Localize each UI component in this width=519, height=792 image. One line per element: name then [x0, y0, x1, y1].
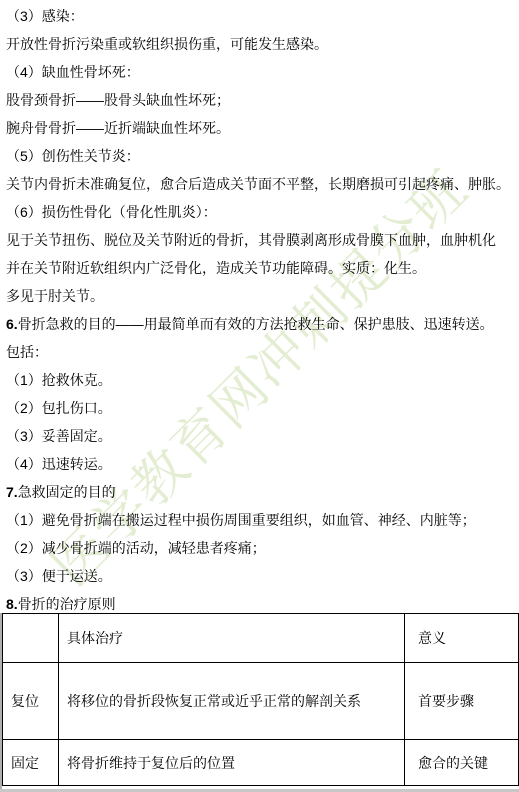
text-line: （2）减少骨折端的活动，减轻患者疼痛；: [6, 534, 515, 562]
text-line: 开放性骨折污染重或软组织损伤重，可能发生感染。: [6, 30, 515, 58]
header-cell-significance: 意义: [405, 614, 519, 663]
line-text: （3）便于运送。: [6, 568, 112, 584]
text-line: （3）妥善固定。: [6, 422, 515, 450]
text-line: 腕舟骨骨折——近折端缺血性坏死。: [6, 114, 515, 142]
line-text: （1）避免骨折端在搬运过程中损伤周围重要组织，如血管、神经、内脏等；: [6, 512, 476, 528]
text-line: 股骨颈骨折——股骨头缺血性坏死；: [6, 86, 515, 114]
text-line: （1）避免骨折端在搬运过程中损伤周围重要组织，如血管、神经、内脏等；: [6, 506, 515, 534]
line-text: 并在关节附近软组织内广泛骨化，造成关节功能障碍。实质：化生。: [6, 260, 426, 276]
table-row: 固定 将骨折维持于复位后的位置 愈合的关键: [3, 740, 519, 786]
text-line: 7.急救固定的目的: [6, 478, 515, 506]
text-line: 多见于肘关节。: [6, 282, 515, 310]
row-label-cell: 固定: [3, 740, 59, 786]
text-line: （6）损伤性骨化（骨化性肌炎）：: [6, 198, 515, 226]
text-line: 包括：: [6, 338, 515, 366]
text-line: （2）包扎伤口。: [6, 394, 515, 422]
line-text: 开放性骨折污染重或软组织损伤重，可能发生感染。: [6, 36, 328, 52]
table-row: 复位 将移位的骨折段恢复正常或近乎正常的解剖关系 首要步骤: [3, 663, 519, 740]
text-line: 并在关节附近软组织内广泛骨化，造成关节功能障碍。实质：化生。: [6, 254, 515, 282]
line-text: （4）迅速转运。: [6, 456, 112, 472]
line-text: （3）感染：: [6, 8, 84, 24]
line-text: 骨折的治疗原则: [18, 596, 116, 612]
line-number: 6.: [6, 316, 18, 332]
text-line: （3）便于运送。: [6, 562, 515, 590]
line-text: （4）缺血性骨坏死：: [6, 64, 140, 80]
row-treatment-cell: 将骨折维持于复位后的位置: [59, 740, 405, 786]
line-number: 8.: [6, 596, 18, 612]
text-line: 见于关节扭伤、脱位及关节附近的骨折，其骨膜剥离形成骨膜下血肿，血肿机化: [6, 226, 515, 254]
header-cell-empty: [3, 614, 59, 663]
header-cell-specific-treatment: 具体治疗: [59, 614, 405, 663]
text-line: （5）创伤性关节炎：: [6, 142, 515, 170]
line-text: （3）妥善固定。: [6, 428, 112, 444]
line-text: 股骨颈骨折——股骨头缺血性坏死；: [6, 92, 230, 108]
text-line: （3）感染：: [6, 2, 515, 30]
row-significance-cell: 首要步骤: [405, 663, 519, 740]
text-line: 关节内骨折未准确复位，愈合后造成关节面不平整，长期磨损可引起疼痛、肿胀。: [6, 170, 515, 198]
line-text: （5）创伤性关节炎：: [6, 148, 140, 164]
row-treatment-cell: 将移位的骨折段恢复正常或近乎正常的解剖关系: [59, 663, 405, 740]
line-text: （1）抢救休克。: [6, 372, 112, 388]
table-header-row: 具体治疗 意义: [3, 614, 519, 663]
row-significance-cell: 愈合的关键: [405, 740, 519, 786]
line-text: （2）减少骨折端的活动，减轻患者疼痛；: [6, 540, 266, 556]
row-label-cell: 复位: [3, 663, 59, 740]
page-edge-left: [0, 613, 2, 792]
text-line: （1）抢救休克。: [6, 366, 515, 394]
text-line: （4）迅速转运。: [6, 450, 515, 478]
line-text: 见于关节扭伤、脱位及关节附近的骨折，其骨膜剥离形成骨膜下血肿，血肿机化: [6, 232, 496, 248]
line-text: 急救固定的目的: [18, 484, 116, 500]
line-text: 多见于肘关节。: [6, 288, 104, 304]
text-line: 6.骨折急救的目的——用最简单而有效的方法抢救生命、保护患肢、迅速转送。: [6, 310, 515, 338]
line-text: 骨折急救的目的——用最简单而有效的方法抢救生命、保护患肢、迅速转送。: [18, 316, 494, 332]
treatment-principles-table: 具体治疗 意义 复位 将移位的骨折段恢复正常或近乎正常的解剖关系 首要步骤 固定…: [2, 613, 519, 786]
line-text: 腕舟骨骨折——近折端缺血性坏死。: [6, 120, 230, 136]
document-body: （3）感染： 开放性骨折污染重或软组织损伤重，可能发生感染。 （4）缺血性骨坏死…: [6, 2, 515, 618]
text-line: （4）缺血性骨坏死：: [6, 58, 515, 86]
line-text: 关节内骨折未准确复位，愈合后造成关节面不平整，长期磨损可引起疼痛、肿胀。: [6, 176, 510, 192]
line-number: 7.: [6, 484, 18, 500]
line-text: （6）损伤性骨化（骨化性肌炎）：: [6, 204, 217, 220]
line-text: （2）包扎伤口。: [6, 400, 112, 416]
line-text: 包括：: [6, 344, 48, 360]
